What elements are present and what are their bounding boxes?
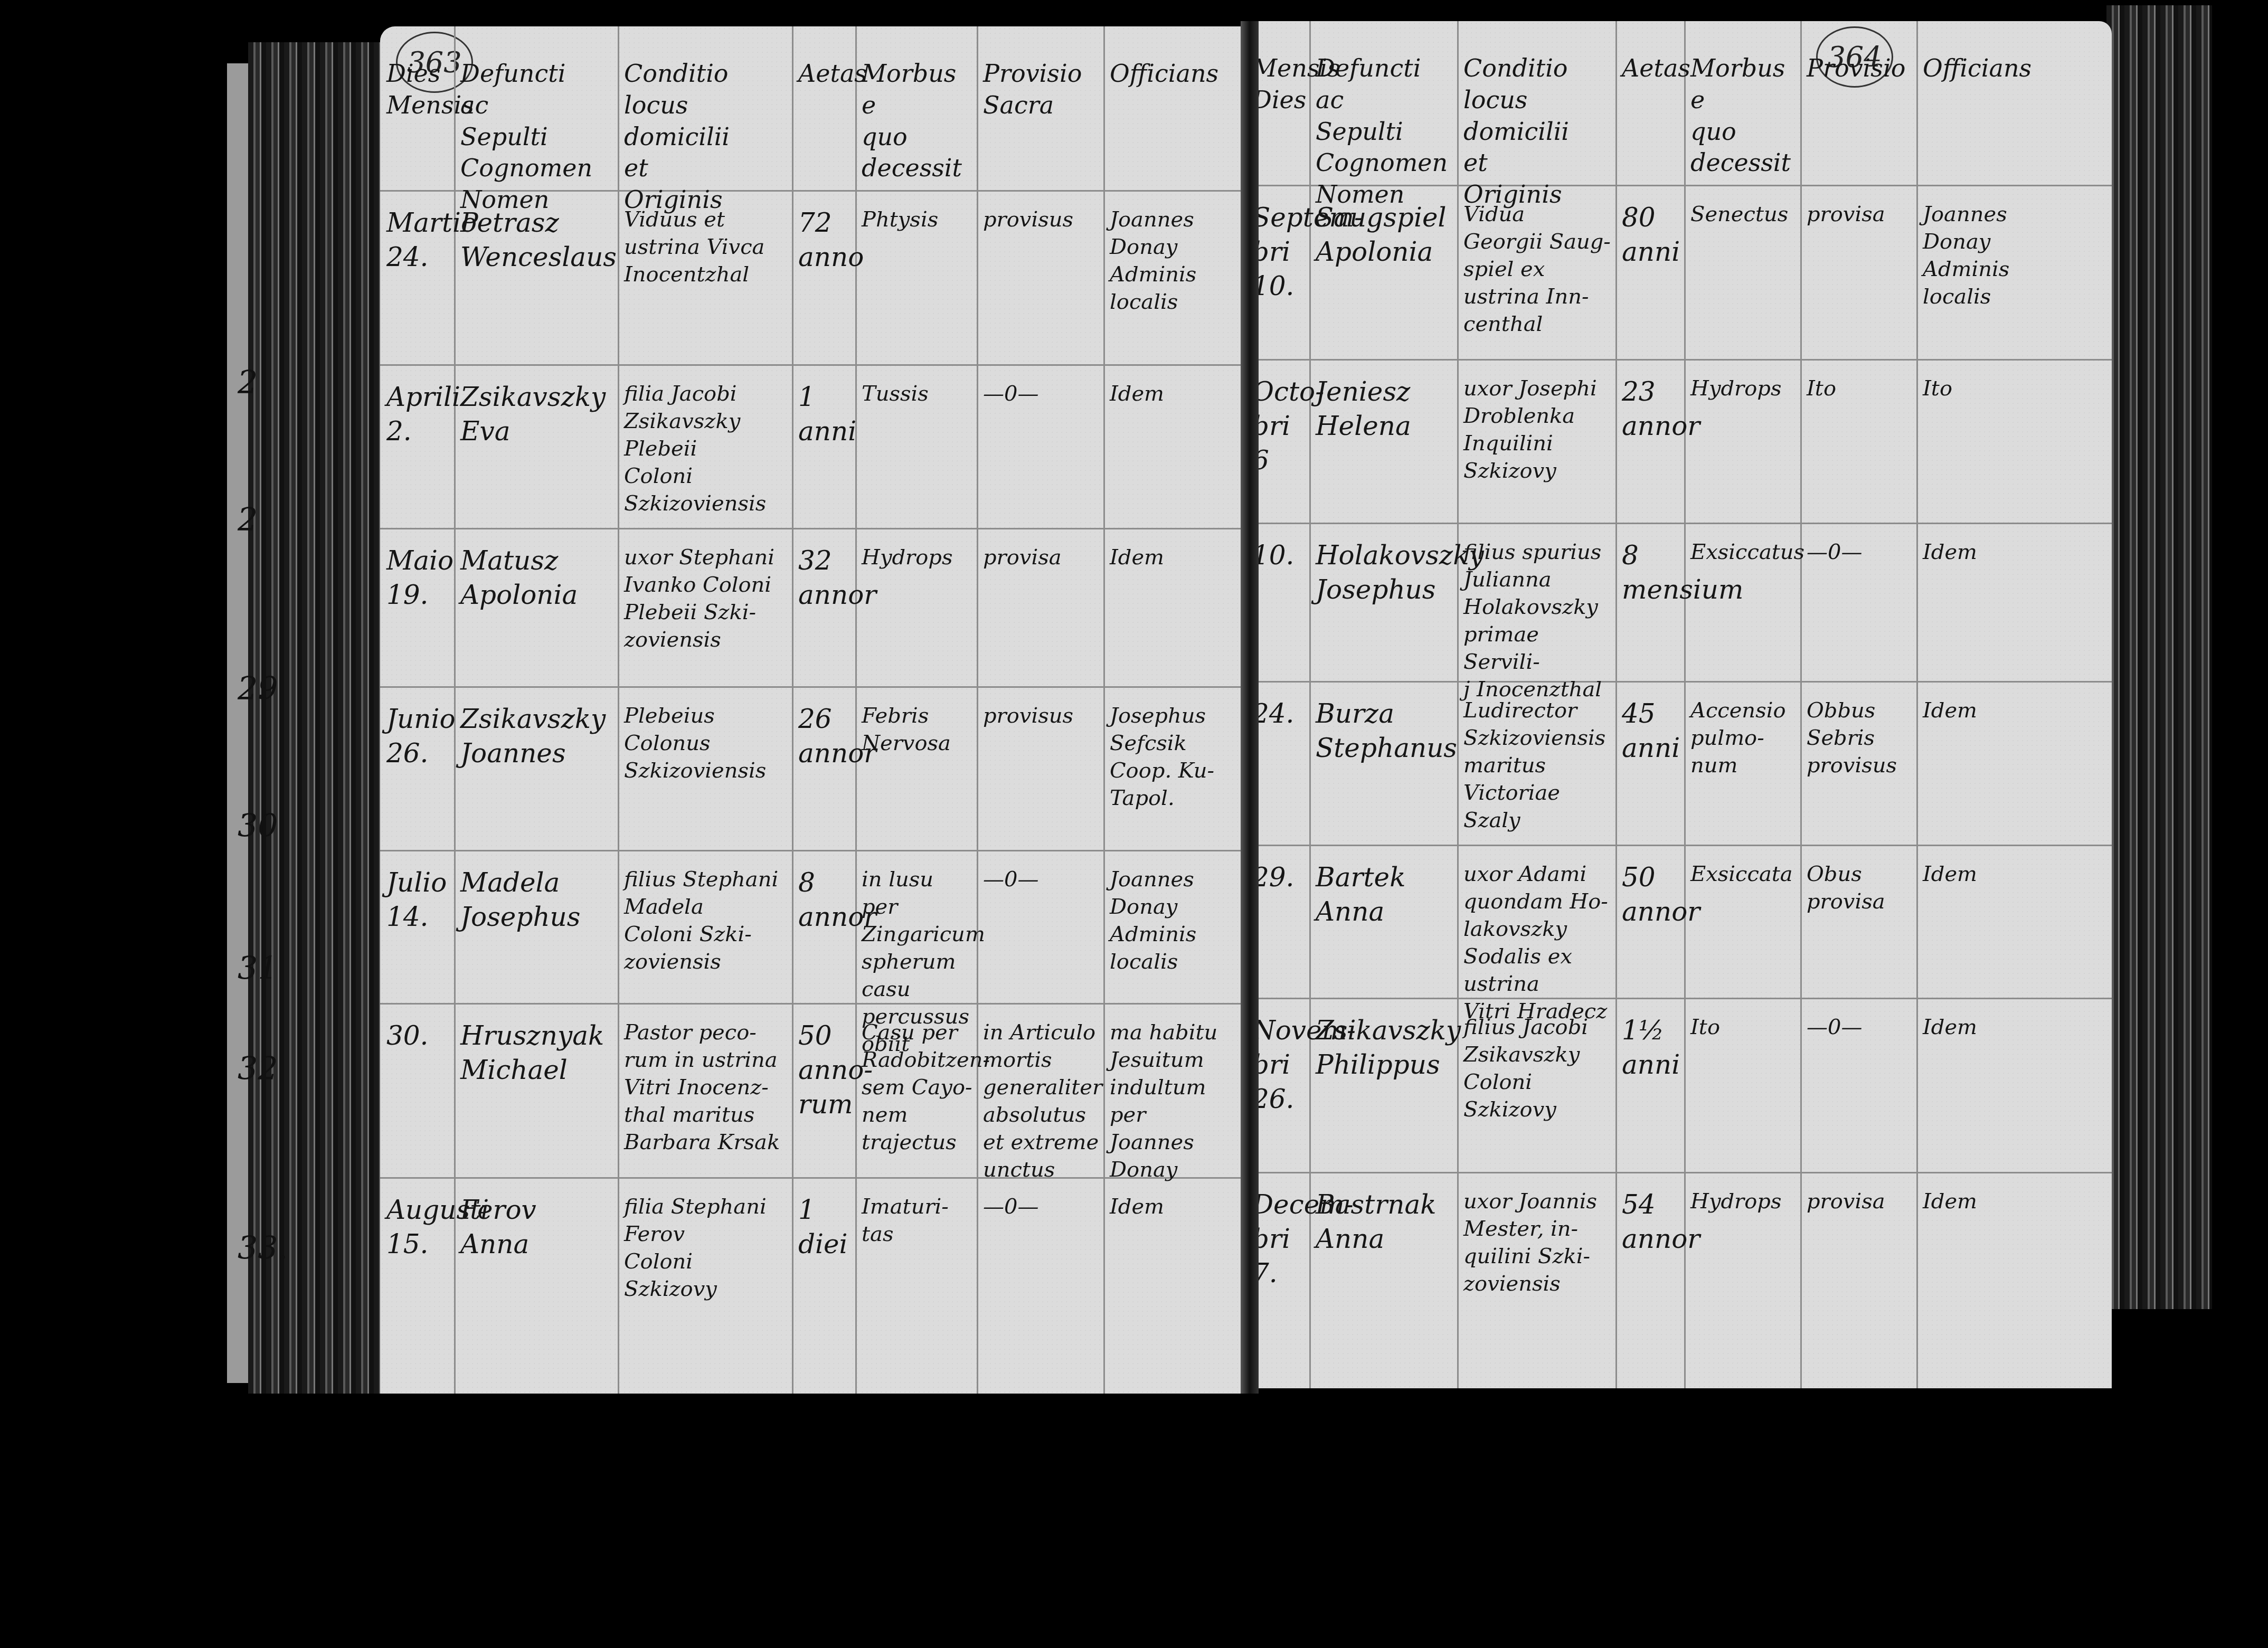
- left-entry-name: Ferov Anna: [460, 1193, 615, 1262]
- right-entry-age: 45 anni: [1622, 697, 1681, 765]
- left-entry-condition: Viduus et ustrina Vivca Inocentzhal: [624, 206, 789, 288]
- right-entry-date: Decem- bri 7.: [1252, 1188, 1306, 1291]
- left-entry-date: Aprili 2.: [386, 380, 451, 449]
- right-entry-date: Novem- bri 26.: [1252, 1014, 1306, 1116]
- left-entry-name: Zsikavszky Joannes: [460, 702, 615, 771]
- left-entry-provision: —0—: [983, 380, 1100, 408]
- row-rule: [1246, 681, 2112, 683]
- right-entry-name: Zsikavszky Philippus: [1316, 1014, 1454, 1082]
- column-rule: [1800, 21, 1802, 1388]
- margin-number: 32: [238, 1050, 278, 1087]
- right-entry-disease: Exsiccatus: [1690, 538, 1797, 566]
- left-entry-date: Maio 19.: [386, 544, 451, 612]
- left-column-header: Aetas: [798, 58, 851, 90]
- column-rule: [1103, 26, 1105, 1394]
- right-entry-date: Septem- bri 10.: [1252, 201, 1306, 304]
- right-entry-condition: Vidua Georgii Saug- spiel ex ustrina Inn…: [1463, 201, 1612, 338]
- left-entry-age: 8 annor: [798, 866, 852, 934]
- right-entry-condition: uxor Joannis Mester, in- quilini Szki- z…: [1463, 1188, 1612, 1297]
- right-entry-provision: Ito: [1807, 375, 1913, 402]
- right-entry-date: 10.: [1252, 538, 1306, 573]
- right-entry-date: 24.: [1252, 697, 1306, 731]
- right-entry-officians: Ito: [1923, 375, 2109, 402]
- left-entry-name: Zsikavszky Eva: [460, 380, 615, 449]
- left-entry-provision: provisus: [983, 206, 1100, 233]
- left-entry-disease: Casu per Radobitzen- sem Cayo- nem traje…: [862, 1019, 974, 1156]
- left-column-header: Conditio locus domicilii et Originis: [624, 58, 788, 216]
- right-entry-age: 50 annor: [1622, 860, 1681, 929]
- right-entry-provision: provisa: [1807, 1188, 1913, 1215]
- row-rule: [380, 850, 1246, 851]
- right-entry-officians: Idem: [1923, 1014, 2109, 1041]
- left-entry-disease: Hydrops: [862, 544, 974, 571]
- left-entry-date: Augusti 15.: [386, 1193, 451, 1262]
- right-entry-disease: Senectus: [1690, 201, 1797, 228]
- right-entry-condition: uxor Josephi Droblenka Inquilini Szkizov…: [1463, 375, 1612, 485]
- left-column-header: Dies Mensis: [386, 58, 450, 121]
- right-entry-condition: Ludirector Szkizoviensis maritus Victori…: [1463, 697, 1612, 834]
- row-rule: [1246, 998, 2112, 999]
- right-entry-name: Holakovszky Josephus: [1316, 538, 1454, 607]
- left-column-header: Morbus e quo decessit: [862, 58, 972, 184]
- left-entry-name: Madela Josephus: [460, 866, 615, 934]
- left-entry-condition: Plebeius Colonus Szkizoviensis: [624, 702, 789, 784]
- row-rule: [1246, 359, 2112, 361]
- left-entry-provision: provisus: [983, 702, 1100, 730]
- right-column-header: Mensis Dies: [1252, 53, 1305, 116]
- right-entry-disease: Exsiccata: [1690, 860, 1797, 888]
- left-entry-name: Hrusznyak Michael: [460, 1019, 615, 1087]
- left-entry-age: 32 annor: [798, 544, 852, 612]
- right-entry-age: 80 anni: [1622, 201, 1681, 269]
- left-entry-age: 72 anno: [798, 206, 852, 274]
- right-entry-age: 1½ anni: [1622, 1014, 1681, 1082]
- left-entry-condition: filia Jacobi Zsikavszky Plebeii Coloni S…: [624, 380, 789, 517]
- left-entry-provision: —0—: [983, 1193, 1100, 1220]
- right-entry-disease: Accensio pulmo- num: [1690, 697, 1797, 779]
- row-rule: [380, 364, 1246, 366]
- left-entry-officians: Idem: [1110, 380, 1243, 408]
- right-entry-condition: filius Jacobi Zsikavszky Coloni Szkizovy: [1463, 1014, 1612, 1123]
- right-entry-age: 8 mensium: [1622, 538, 1681, 607]
- left-entry-disease: Phtysis: [862, 206, 974, 233]
- right-entry-age: 23 annor: [1622, 375, 1681, 443]
- right-entry-date: 29.: [1252, 860, 1306, 895]
- right-column-header: Aetas: [1622, 53, 1680, 84]
- left-entry-provision: in Articulo mortis generaliter absolutus…: [983, 1019, 1100, 1183]
- left-entry-age: 1 diei: [798, 1193, 852, 1262]
- left-column-header: Provisio Sacra: [983, 58, 1099, 121]
- column-rule: [1916, 21, 1918, 1388]
- right-entry-officians: Joannes Donay Adminis localis: [1923, 201, 2109, 310]
- left-entry-date: Martio 24.: [386, 206, 451, 274]
- left-entry-disease: Tussis: [862, 380, 974, 408]
- right-column-header: Conditio locus domicilii et Originis: [1463, 53, 1611, 211]
- left-entry-officians: Josephus Sefcsik Coop. Ku- Tapol.: [1110, 702, 1243, 812]
- left-entry-date: Julio 14.: [386, 866, 451, 934]
- row-rule: [380, 528, 1246, 529]
- left-entry-condition: uxor Stephani Ivanko Coloni Plebeii Szki…: [624, 544, 789, 653]
- right-column-header: Defuncti ac Sepulti Cognomen Nomen: [1316, 53, 1453, 211]
- left-entry-age: 50 anno- rum: [798, 1019, 852, 1122]
- row-rule: [380, 686, 1246, 688]
- right-entry-provision: —0—: [1807, 538, 1913, 566]
- margin-number: 33.: [238, 1230, 288, 1267]
- margin-number: 31: [238, 950, 278, 987]
- right-entry-name: Jeniesz Helena: [1316, 375, 1454, 443]
- column-rule: [977, 26, 978, 1394]
- right-entry-disease: Ito: [1690, 1014, 1797, 1041]
- left-entry-provision: provisa: [983, 544, 1100, 571]
- left-column-header: Defuncti ac Sepulti Cognomen Nomen: [460, 58, 613, 216]
- left-page: 363 Dies MensisDefuncti ac Sepulti Cogno…: [380, 26, 1246, 1394]
- book-edge-left: [248, 42, 391, 1394]
- right-entry-provision: Obus provisa: [1807, 860, 1913, 915]
- column-rule: [1684, 21, 1686, 1388]
- book-gutter: [1241, 21, 1259, 1394]
- column-rule: [1615, 21, 1617, 1388]
- left-entry-age: 1 anni: [798, 380, 852, 449]
- right-column-header: Officians: [1923, 53, 2108, 84]
- column-rule: [1457, 21, 1459, 1388]
- left-entry-name: Petrasz Wenceslaus: [460, 206, 615, 274]
- left-entry-officians: Idem: [1110, 544, 1243, 571]
- left-entry-condition: Pastor peco- rum in ustrina Vitri Inocen…: [624, 1019, 789, 1156]
- right-entry-name: Burza Stephanus: [1316, 697, 1454, 765]
- left-entry-condition: filia Stephani Ferov Coloni Szkizovy: [624, 1193, 789, 1303]
- left-entry-date: 30.: [386, 1019, 451, 1053]
- right-entry-provision: —0—: [1807, 1014, 1913, 1041]
- left-entry-disease: Imaturi- tas: [862, 1193, 974, 1248]
- column-rule: [618, 26, 619, 1394]
- right-entry-officians: Idem: [1923, 697, 2109, 724]
- column-rule: [792, 26, 793, 1394]
- right-entry-name: Bartek Anna: [1316, 860, 1454, 929]
- right-page: 364 Mensis DiesDefuncti ac Sepulti Cogno…: [1246, 21, 2112, 1388]
- margin-number: 30: [238, 808, 278, 845]
- left-entry-date: Junio 26.: [386, 702, 451, 771]
- right-entry-disease: Hydrops: [1690, 375, 1797, 402]
- column-rule: [855, 26, 857, 1394]
- row-rule: [380, 1003, 1246, 1005]
- right-entry-name: Saugspiel Apolonia: [1316, 201, 1454, 269]
- margin-number: 2: [238, 364, 258, 401]
- margin-number: 29: [238, 670, 278, 707]
- margin-number: 2: [238, 501, 258, 538]
- right-entry-age: 54 annor: [1622, 1188, 1681, 1256]
- right-entry-condition: filius spurius Julianna Holakovszky prim…: [1463, 538, 1612, 703]
- left-entry-condition: filius Stephani Madela Coloni Szki- zovi…: [624, 866, 789, 975]
- left-entry-disease: Febris Nervosa: [862, 702, 974, 757]
- right-entry-officians: Idem: [1923, 1188, 2109, 1215]
- left-entry-officians: Joannes Donay Adminis localis: [1110, 206, 1243, 316]
- left-column-header: Officians: [1110, 58, 1242, 90]
- right-entry-officians: Idem: [1923, 538, 2109, 566]
- right-entry-name: Bastrnak Anna: [1316, 1188, 1454, 1256]
- left-entry-name: Matusz Apolonia: [460, 544, 615, 612]
- book-edge-right: [2106, 5, 2212, 1309]
- row-rule: [1246, 845, 2112, 846]
- right-entry-officians: Idem: [1923, 860, 2109, 888]
- right-column-header: Provisio: [1807, 53, 1912, 84]
- left-entry-officians: Idem: [1110, 1193, 1243, 1220]
- left-entry-provision: —0—: [983, 866, 1100, 893]
- right-entry-condition: uxor Adami quondam Ho- lakovszky Sodalis…: [1463, 860, 1612, 1025]
- left-entry-officians: ma habitu Jesuitum indultum per Joannes …: [1110, 1019, 1243, 1183]
- right-entry-date: Octo- bri 6: [1252, 375, 1306, 478]
- left-entry-officians: Joannes Donay Adminis localis: [1110, 866, 1243, 975]
- row-rule: [1246, 1172, 2112, 1173]
- right-entry-provision: provisa: [1807, 201, 1913, 228]
- left-entry-age: 26 annor: [798, 702, 852, 771]
- right-column-header: Morbus e quo decessit: [1690, 53, 1796, 179]
- right-entry-provision: Obbus Sebris provisus: [1807, 697, 1913, 779]
- right-entry-disease: Hydrops: [1690, 1188, 1797, 1215]
- row-rule: [1246, 523, 2112, 524]
